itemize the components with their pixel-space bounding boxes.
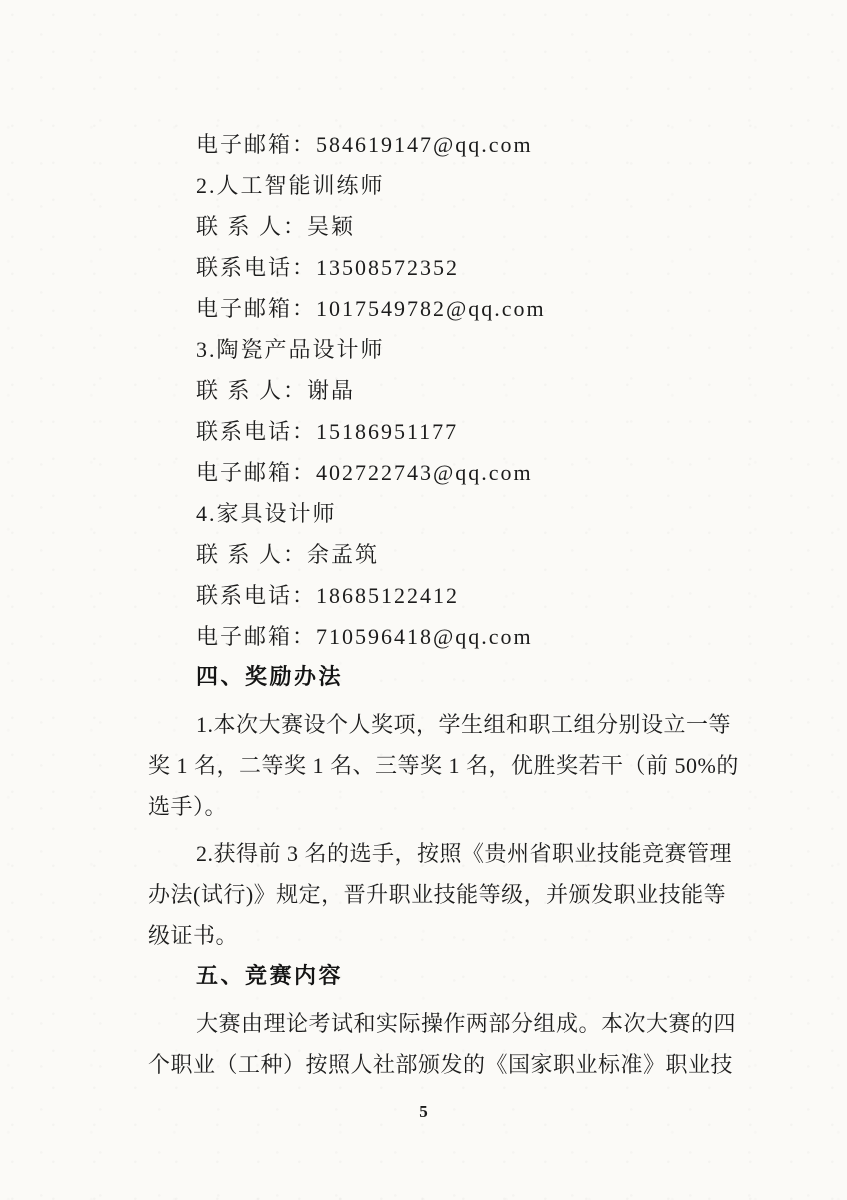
text-line: 4.家具设计师 [148, 493, 748, 534]
text-line: 2.获得前 3 名的选手，按照《贵州省职业技能竞赛管理 [148, 833, 748, 874]
text-line: 电子邮箱：584619147@qq.com [148, 124, 748, 165]
text-line: 1.本次大赛设个人奖项，学生组和职工组分别设立一等 [148, 704, 748, 745]
text-line: 联 系 人：余孟筑 [148, 534, 748, 575]
text-line: 联系电话：15186951177 [148, 411, 748, 452]
text-line: 3.陶瓷产品设计师 [148, 329, 748, 370]
text-line: 电子邮箱：710596418@qq.com [148, 616, 748, 657]
text-line: 联系电话：18685122412 [148, 575, 748, 616]
text-line: 联 系 人：谢晶 [148, 370, 748, 411]
document-page: 电子邮箱：584619147@qq.com2.人工智能训练师联 系 人：吴颖联系… [0, 0, 847, 1200]
document-body: 电子邮箱：584619147@qq.com2.人工智能训练师联 系 人：吴颖联系… [148, 124, 748, 1085]
text-line: 联 系 人：吴颖 [148, 206, 748, 247]
text-line: 办法(试行)》规定，晋升职业技能等级，并颁发职业技能等 [148, 874, 748, 915]
page-number: 5 [0, 1100, 847, 1124]
text-line: 电子邮箱：1017549782@qq.com [148, 288, 748, 329]
text-line: 电子邮箱：402722743@qq.com [148, 452, 748, 493]
text-line: 级证书。 [148, 915, 748, 956]
section-heading: 四、奖励办法 [148, 657, 748, 698]
text-line: 联系电话：13508572352 [148, 247, 748, 288]
text-line: 奖 1 名，二等奖 1 名、三等奖 1 名，优胜奖若干（前 50%的 [148, 745, 748, 786]
text-line: 个职业（工种）按照人社部颁发的《国家职业标准》职业技 [148, 1044, 748, 1085]
text-line: 2.人工智能训练师 [148, 165, 748, 206]
section-heading: 五、竞赛内容 [148, 956, 748, 997]
text-line: 大赛由理论考试和实际操作两部分组成。本次大赛的四 [148, 1003, 748, 1044]
text-line: 选手）。 [148, 786, 748, 827]
